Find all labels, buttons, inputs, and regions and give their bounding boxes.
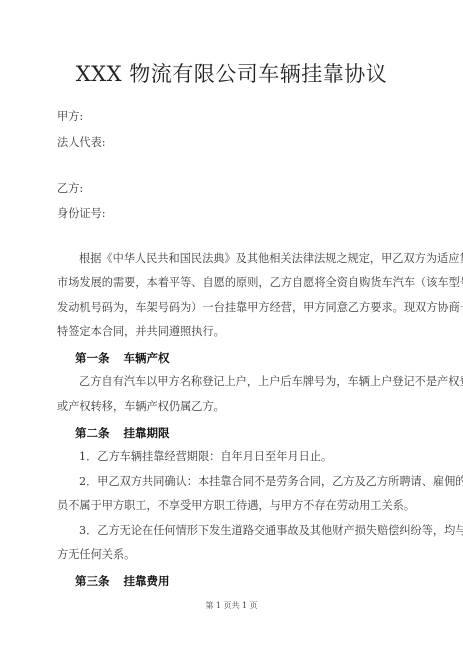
article-2-line: 3．乙方无论在任何情形下发生道路交通事故及其他财产损失赔偿纠纷等，均与甲 bbox=[79, 524, 439, 538]
preamble-line: 根据《中华人民共和国民法典》及其他相关法律法规之规定，甲乙双方为适应货运 bbox=[79, 252, 439, 266]
article-1-line: 或产权转移，车辆产权仍属乙方。 bbox=[57, 400, 417, 414]
article-number: 第三条 bbox=[75, 574, 110, 588]
article-title: 车辆产权 bbox=[124, 351, 170, 365]
article-3-heading: 第三条挂靠费用 bbox=[75, 573, 170, 589]
article-2-line: 2．甲乙双方共同确认：本挂靠合同不是劳务合同，乙方及乙方所聘请、雇佣的人 bbox=[79, 475, 439, 489]
preamble-line: 特签定本合同，并共同遵照执行。 bbox=[57, 325, 417, 339]
document-page: XXX 物流有限公司车辆挂靠协议 甲方: 法人代表: 乙方: 身份证号: 根据《… bbox=[0, 0, 463, 655]
article-2-heading: 第二条挂靠期限 bbox=[75, 425, 170, 441]
article-number: 第一条 bbox=[75, 351, 110, 365]
party-a-label: 甲方: bbox=[57, 110, 417, 124]
legal-rep-label: 法人代表: bbox=[57, 136, 417, 150]
article-1-heading: 第一条车辆产权 bbox=[75, 350, 170, 366]
document-title: XXX 物流有限公司车辆挂靠协议 bbox=[0, 58, 463, 88]
article-2-line: 1．乙方车辆挂靠经营期限：自年月日至年月日止。 bbox=[79, 450, 439, 464]
article-1-line: 乙方自有汽车以甲方名称登记上户，上户后车牌号为，车辆上户登记不是产权登记 bbox=[79, 375, 439, 389]
article-number: 第二条 bbox=[75, 426, 110, 440]
page-number-footer: 第 1 页共 1 页 bbox=[0, 600, 463, 611]
article-title: 挂靠费用 bbox=[124, 574, 170, 588]
party-b-label: 乙方: bbox=[57, 182, 417, 196]
article-title: 挂靠期限 bbox=[124, 426, 170, 440]
id-number-label: 身份证号: bbox=[57, 207, 417, 221]
preamble-line: 市场发展的需要，本着平等、自愿的原则，乙方自愿将全资自购货车汽车（该车型号为:， bbox=[57, 276, 417, 290]
article-2-line: 员不属于甲方职工，不享受甲方职工待遇，与甲方不存在劳动用工关系。 bbox=[57, 499, 417, 513]
preamble-line: 发动机号码为，车架号码为）一台挂靠甲方经营，甲方同意乙方要求。现双方协商一致， bbox=[57, 301, 417, 315]
article-2-line: 方无任何关系。 bbox=[57, 548, 417, 562]
